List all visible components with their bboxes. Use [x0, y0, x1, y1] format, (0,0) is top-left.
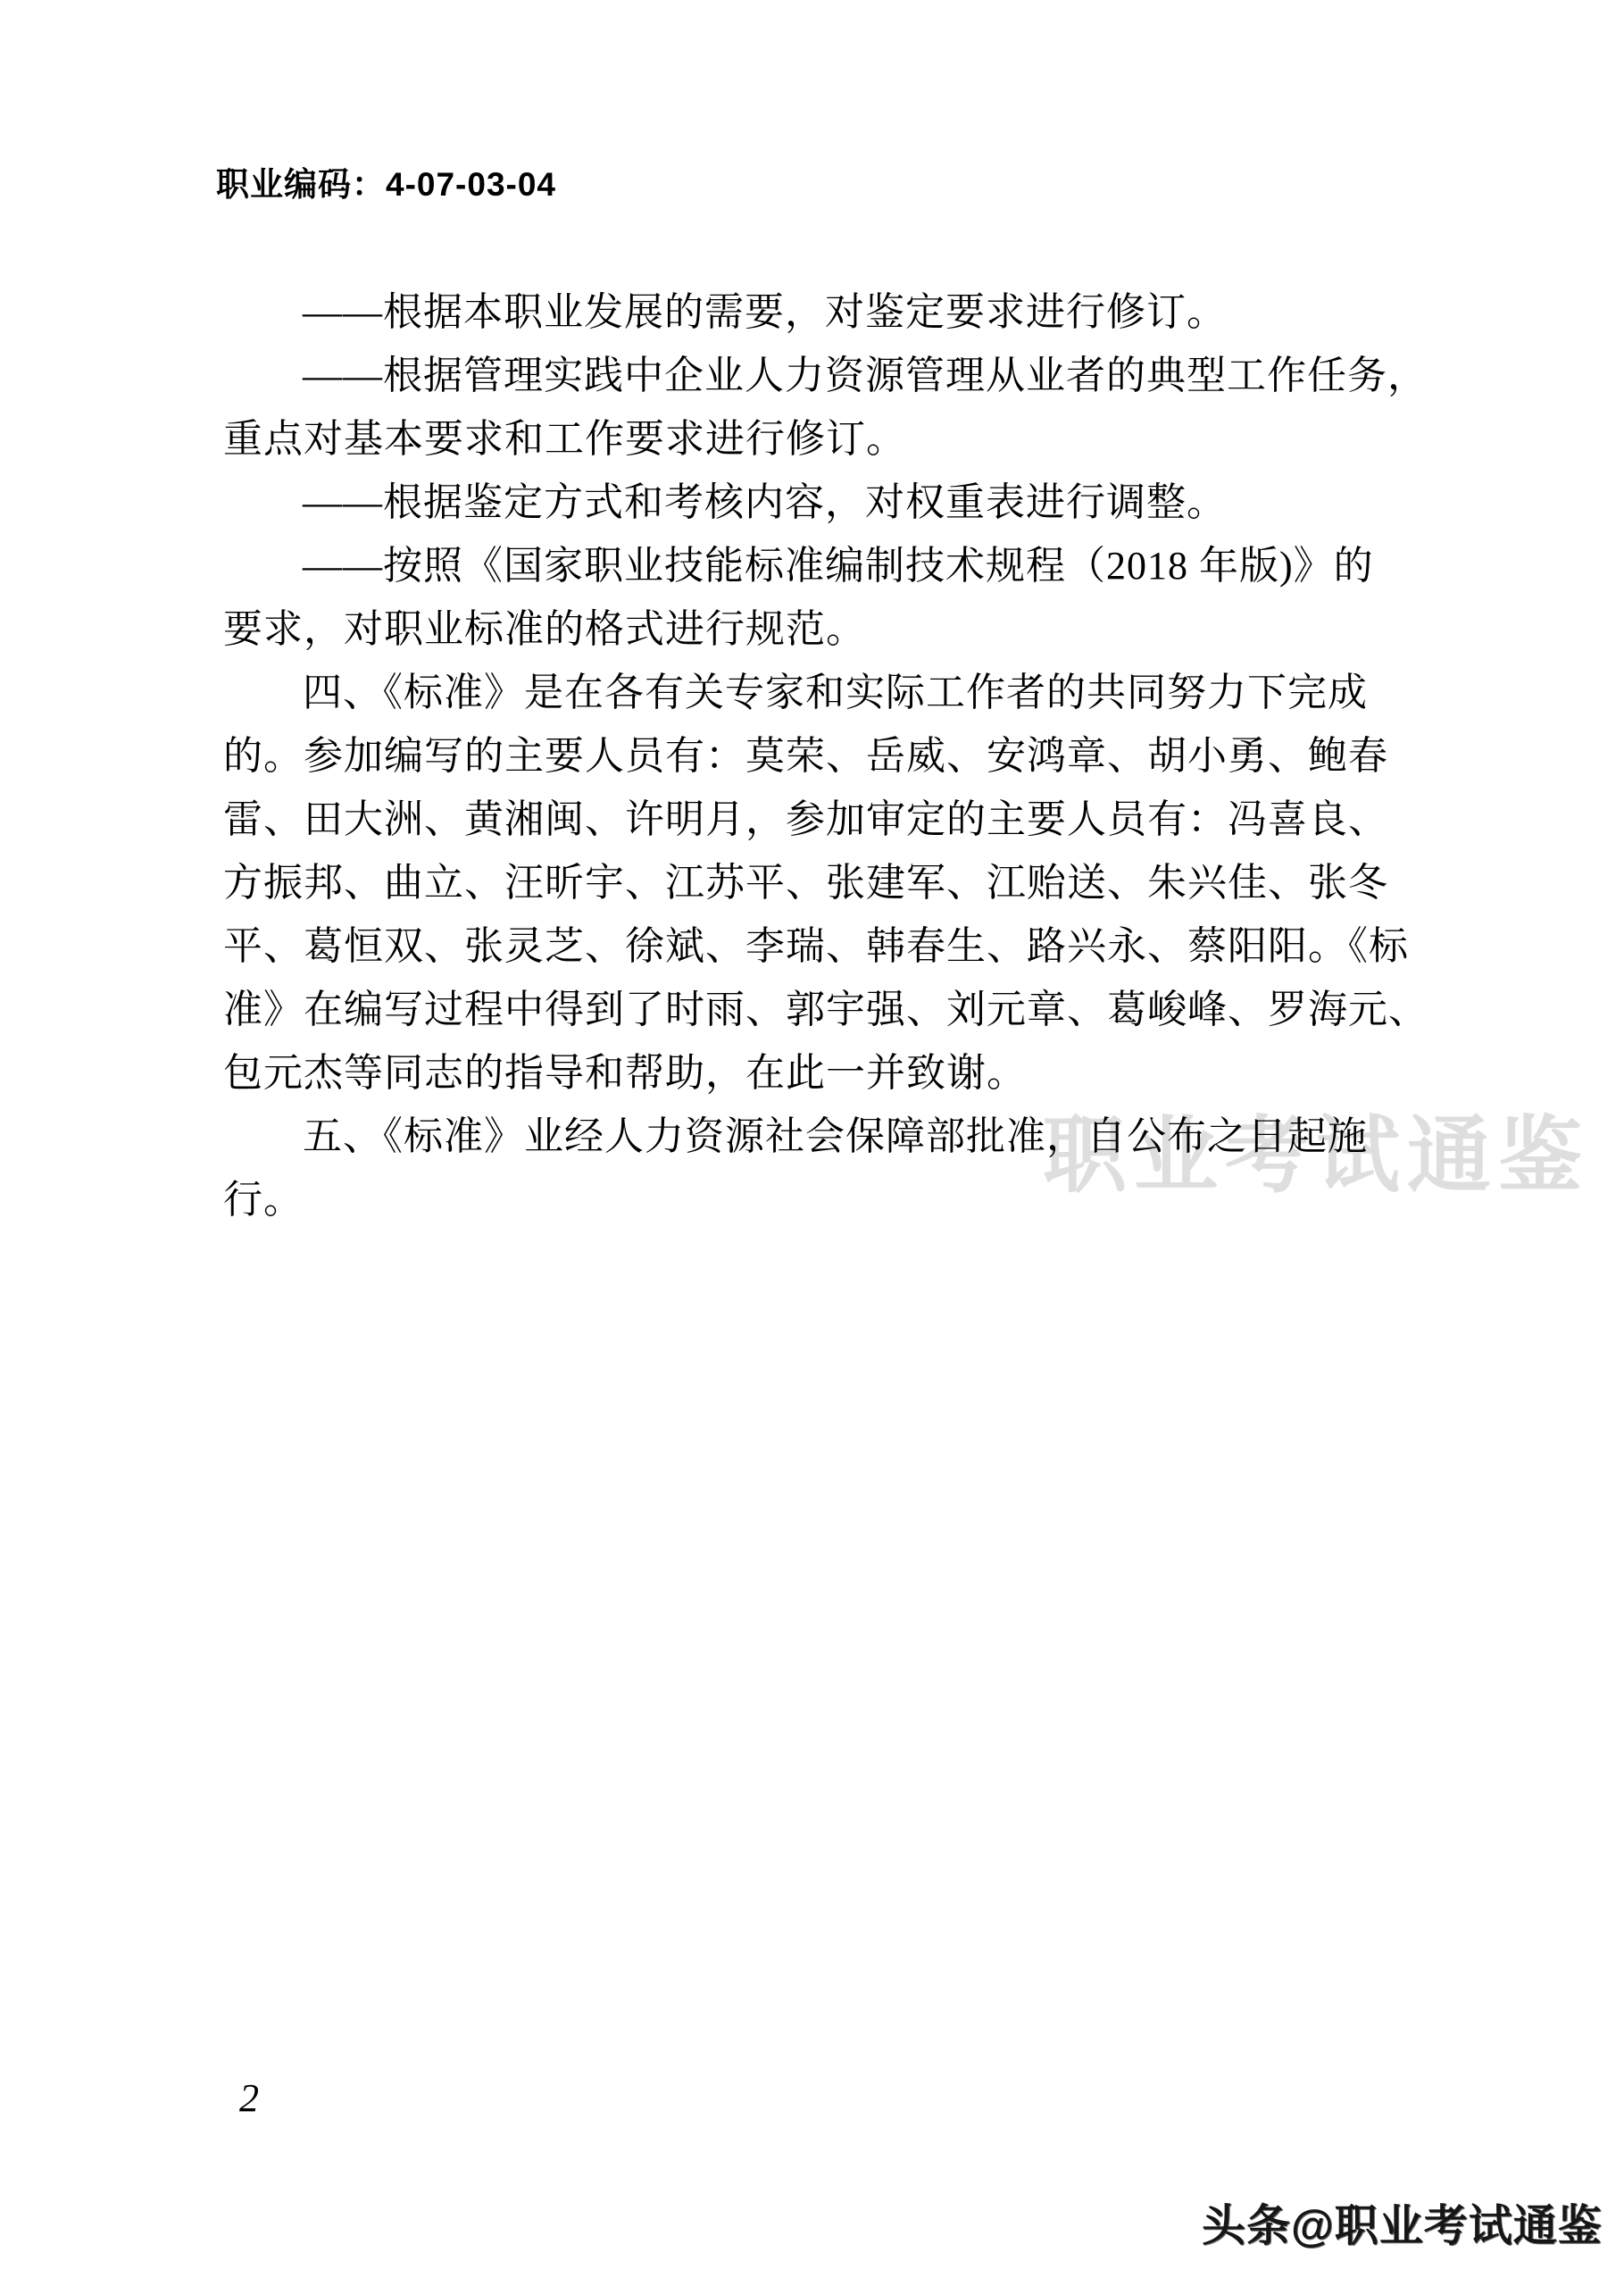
body-line: 平、葛恒双、张灵芝、徐斌、李瑞、韩春生、路兴永、蔡阳阳。《标: [223, 914, 1388, 978]
body-line: 重点对基本要求和工作要求进行修订。: [223, 407, 1388, 471]
body-line: ——按照《国家职业技能标准编制技术规程（2018 年版)》的: [223, 534, 1388, 597]
body-line: 行。: [223, 1168, 1388, 1231]
body-line: 包元杰等同志的指导和帮助，在此一并致谢。: [223, 1041, 1388, 1105]
body-line: 的。参加编写的主要人员有：莫荣、岳威、安鸿章、胡小勇、鲍春: [223, 724, 1388, 788]
body-line: 五、《标准》业经人力资源社会保障部批准，自公布之日起施: [223, 1105, 1388, 1168]
document-body: ——根据本职业发展的需要，对鉴定要求进行修订。 ——根据管理实践中企业人力资源管…: [223, 280, 1388, 1231]
footer-watermark: 头条@职业考试通鉴: [1202, 2191, 1603, 2254]
body-line: 雷、田大洲、黄湘闽、许明月，参加审定的主要人员有：冯喜良、: [223, 788, 1388, 851]
document-page: 职业编码：4-07-03-04 职业考试通鉴 ——根据本职业发展的需要，对鉴定要…: [0, 0, 1624, 2278]
body-line: ——根据管理实践中企业人力资源管理从业者的典型工作任务，: [223, 344, 1388, 407]
body-line: 方振邦、曲立、汪昕宇、江苏平、张建军、江贻送、朱兴佳、张冬: [223, 851, 1388, 914]
body-line: 四、《标准》是在各有关专家和实际工作者的共同努力下完成: [223, 661, 1388, 724]
page-number: 2: [239, 2075, 259, 2121]
body-line: ——根据鉴定方式和考核内容，对权重表进行调整。: [223, 471, 1388, 534]
body-line: ——根据本职业发展的需要，对鉴定要求进行修订。: [223, 280, 1388, 344]
body-line: 准》在编写过程中得到了时雨、郭宇强、刘元章、葛峻峰、罗海元、: [223, 978, 1388, 1041]
body-line: 要求，对职业标准的格式进行规范。: [223, 597, 1388, 661]
occupation-code-label: 职业编码：4-07-03-04: [216, 157, 556, 205]
